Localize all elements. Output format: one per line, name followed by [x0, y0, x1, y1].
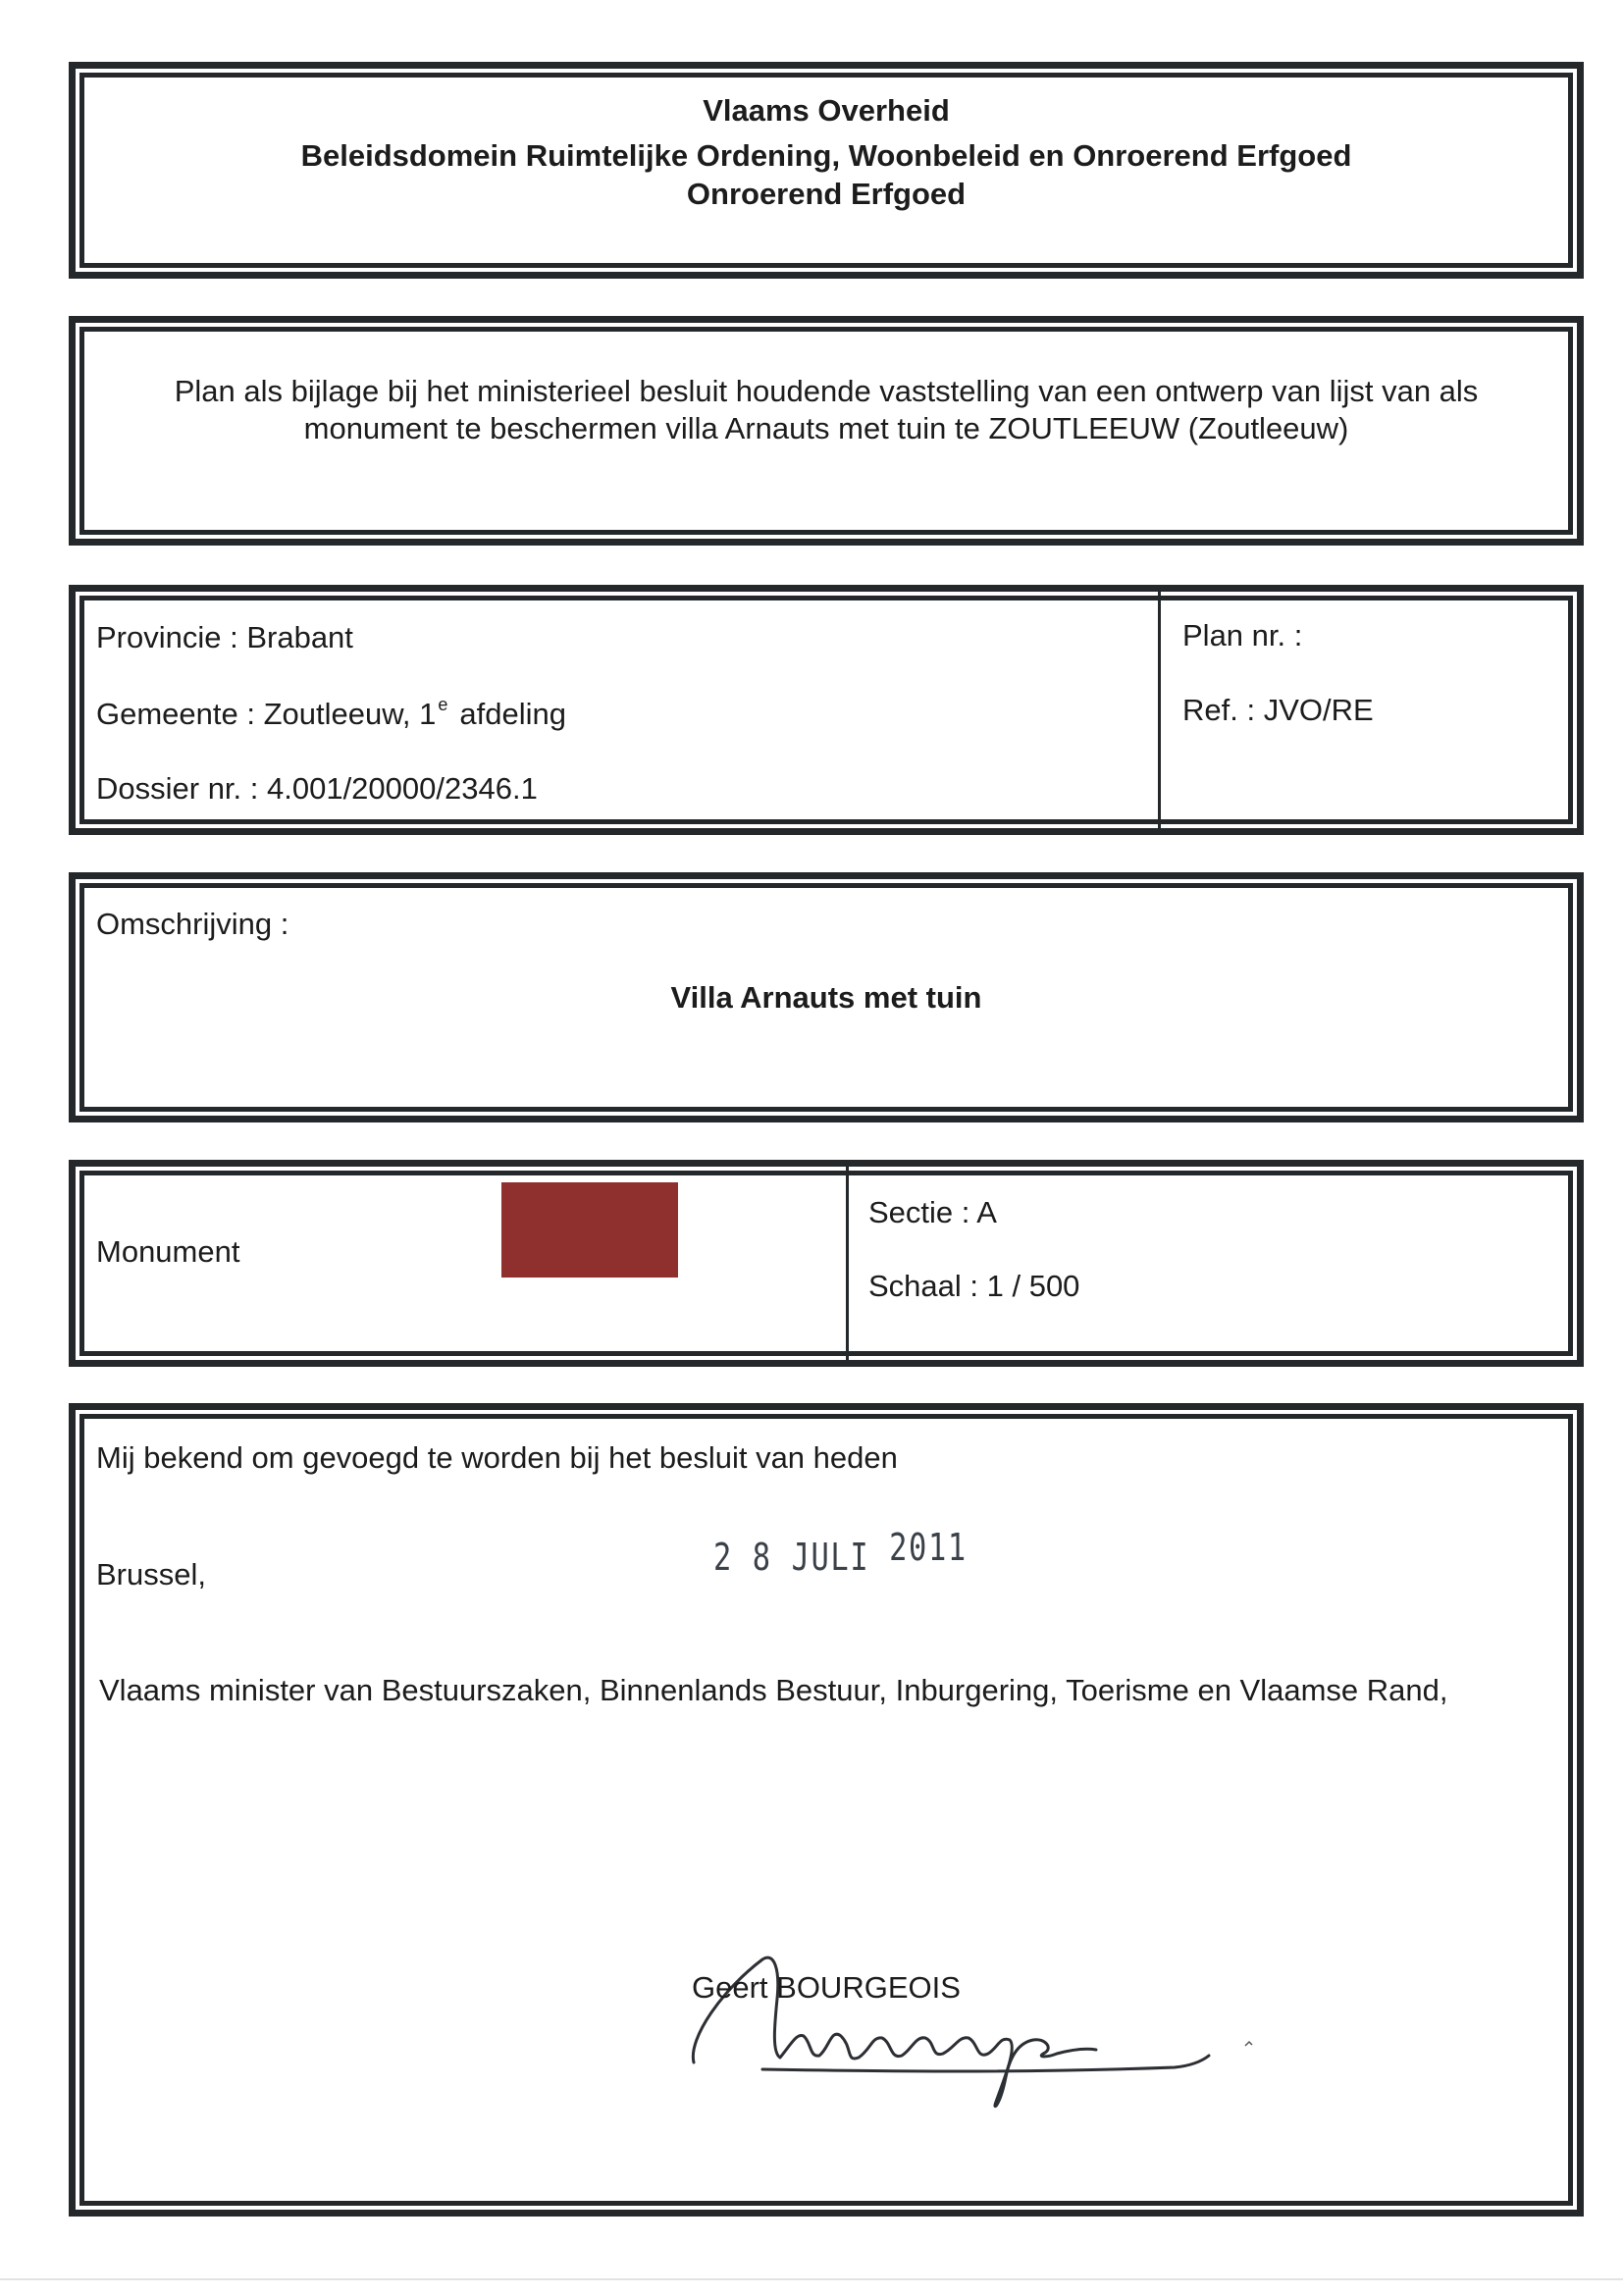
dossier-field: Dossier nr. : 4.001/20000/2346.1 [96, 771, 538, 807]
place-label: Brussel, [96, 1557, 206, 1592]
sectie-field: Sectie : A [868, 1195, 997, 1230]
legend-box: Monument Sectie : A Schaal : 1 / 500 [69, 1160, 1584, 1367]
stamp-year: 2011 [889, 1526, 968, 1569]
gemeente-superscript: e [438, 695, 447, 714]
policy-domain: Beleidsdomein Ruimtelijke Ordening, Woon… [76, 138, 1577, 174]
ref-field: Ref. : JVO/RE [1182, 693, 1374, 728]
monument-legend-swatch [501, 1182, 678, 1278]
approval-intro: Mij bekend om gevoegd te worden bij het … [96, 1440, 898, 1476]
gemeente-text: Gemeente : Zoutleeuw, 1 [96, 697, 436, 731]
gemeente-suffix: afdeling [459, 697, 566, 731]
signatory-name: Geert BOURGEOIS [692, 1970, 961, 2006]
column-divider [1158, 592, 1161, 828]
approval-box: Mij bekend om gevoegd te worden bij het … [69, 1403, 1584, 2217]
omschrijving-box: Omschrijving : Villa Arnauts met tuin [69, 872, 1584, 1122]
signature-icon [664, 1920, 1371, 2116]
omschrijving-label: Omschrijving : [96, 907, 288, 942]
authority-title: Vlaams Overheid [76, 93, 1577, 129]
date-stamp: 2 8 JULI 2011 [713, 1536, 968, 1579]
column-divider [846, 1167, 849, 1360]
minister-title: Vlaams minister van Bestuurszaken, Binne… [99, 1673, 1448, 1708]
gemeente-field: Gemeente : Zoutleeuw, 1eafdeling [96, 695, 566, 732]
schaal-field: Schaal : 1 / 500 [868, 1269, 1079, 1304]
agency-name: Onroerend Erfgoed [76, 177, 1577, 212]
plan-description-line2: monument te beschermen villa Arnauts met… [76, 411, 1577, 446]
page-edge-line [0, 2278, 1623, 2280]
stamp-day-month: 2 8 JULI [713, 1536, 869, 1579]
provincie-field: Provincie : Brabant [96, 620, 353, 655]
plan-description-line1: Plan als bijlage bij het ministerieel be… [76, 374, 1577, 409]
header-box: Vlaams Overheid Beleidsdomein Ruimtelijk… [69, 62, 1584, 279]
plan-description-box: Plan als bijlage bij het ministerieel be… [69, 316, 1584, 546]
legend-label-monument: Monument [96, 1234, 239, 1270]
omschrijving-value: Villa Arnauts met tuin [76, 980, 1577, 1016]
location-box: Provincie : Brabant Gemeente : Zoutleeuw… [69, 585, 1584, 835]
plan-nr-field: Plan nr. : [1182, 618, 1302, 653]
